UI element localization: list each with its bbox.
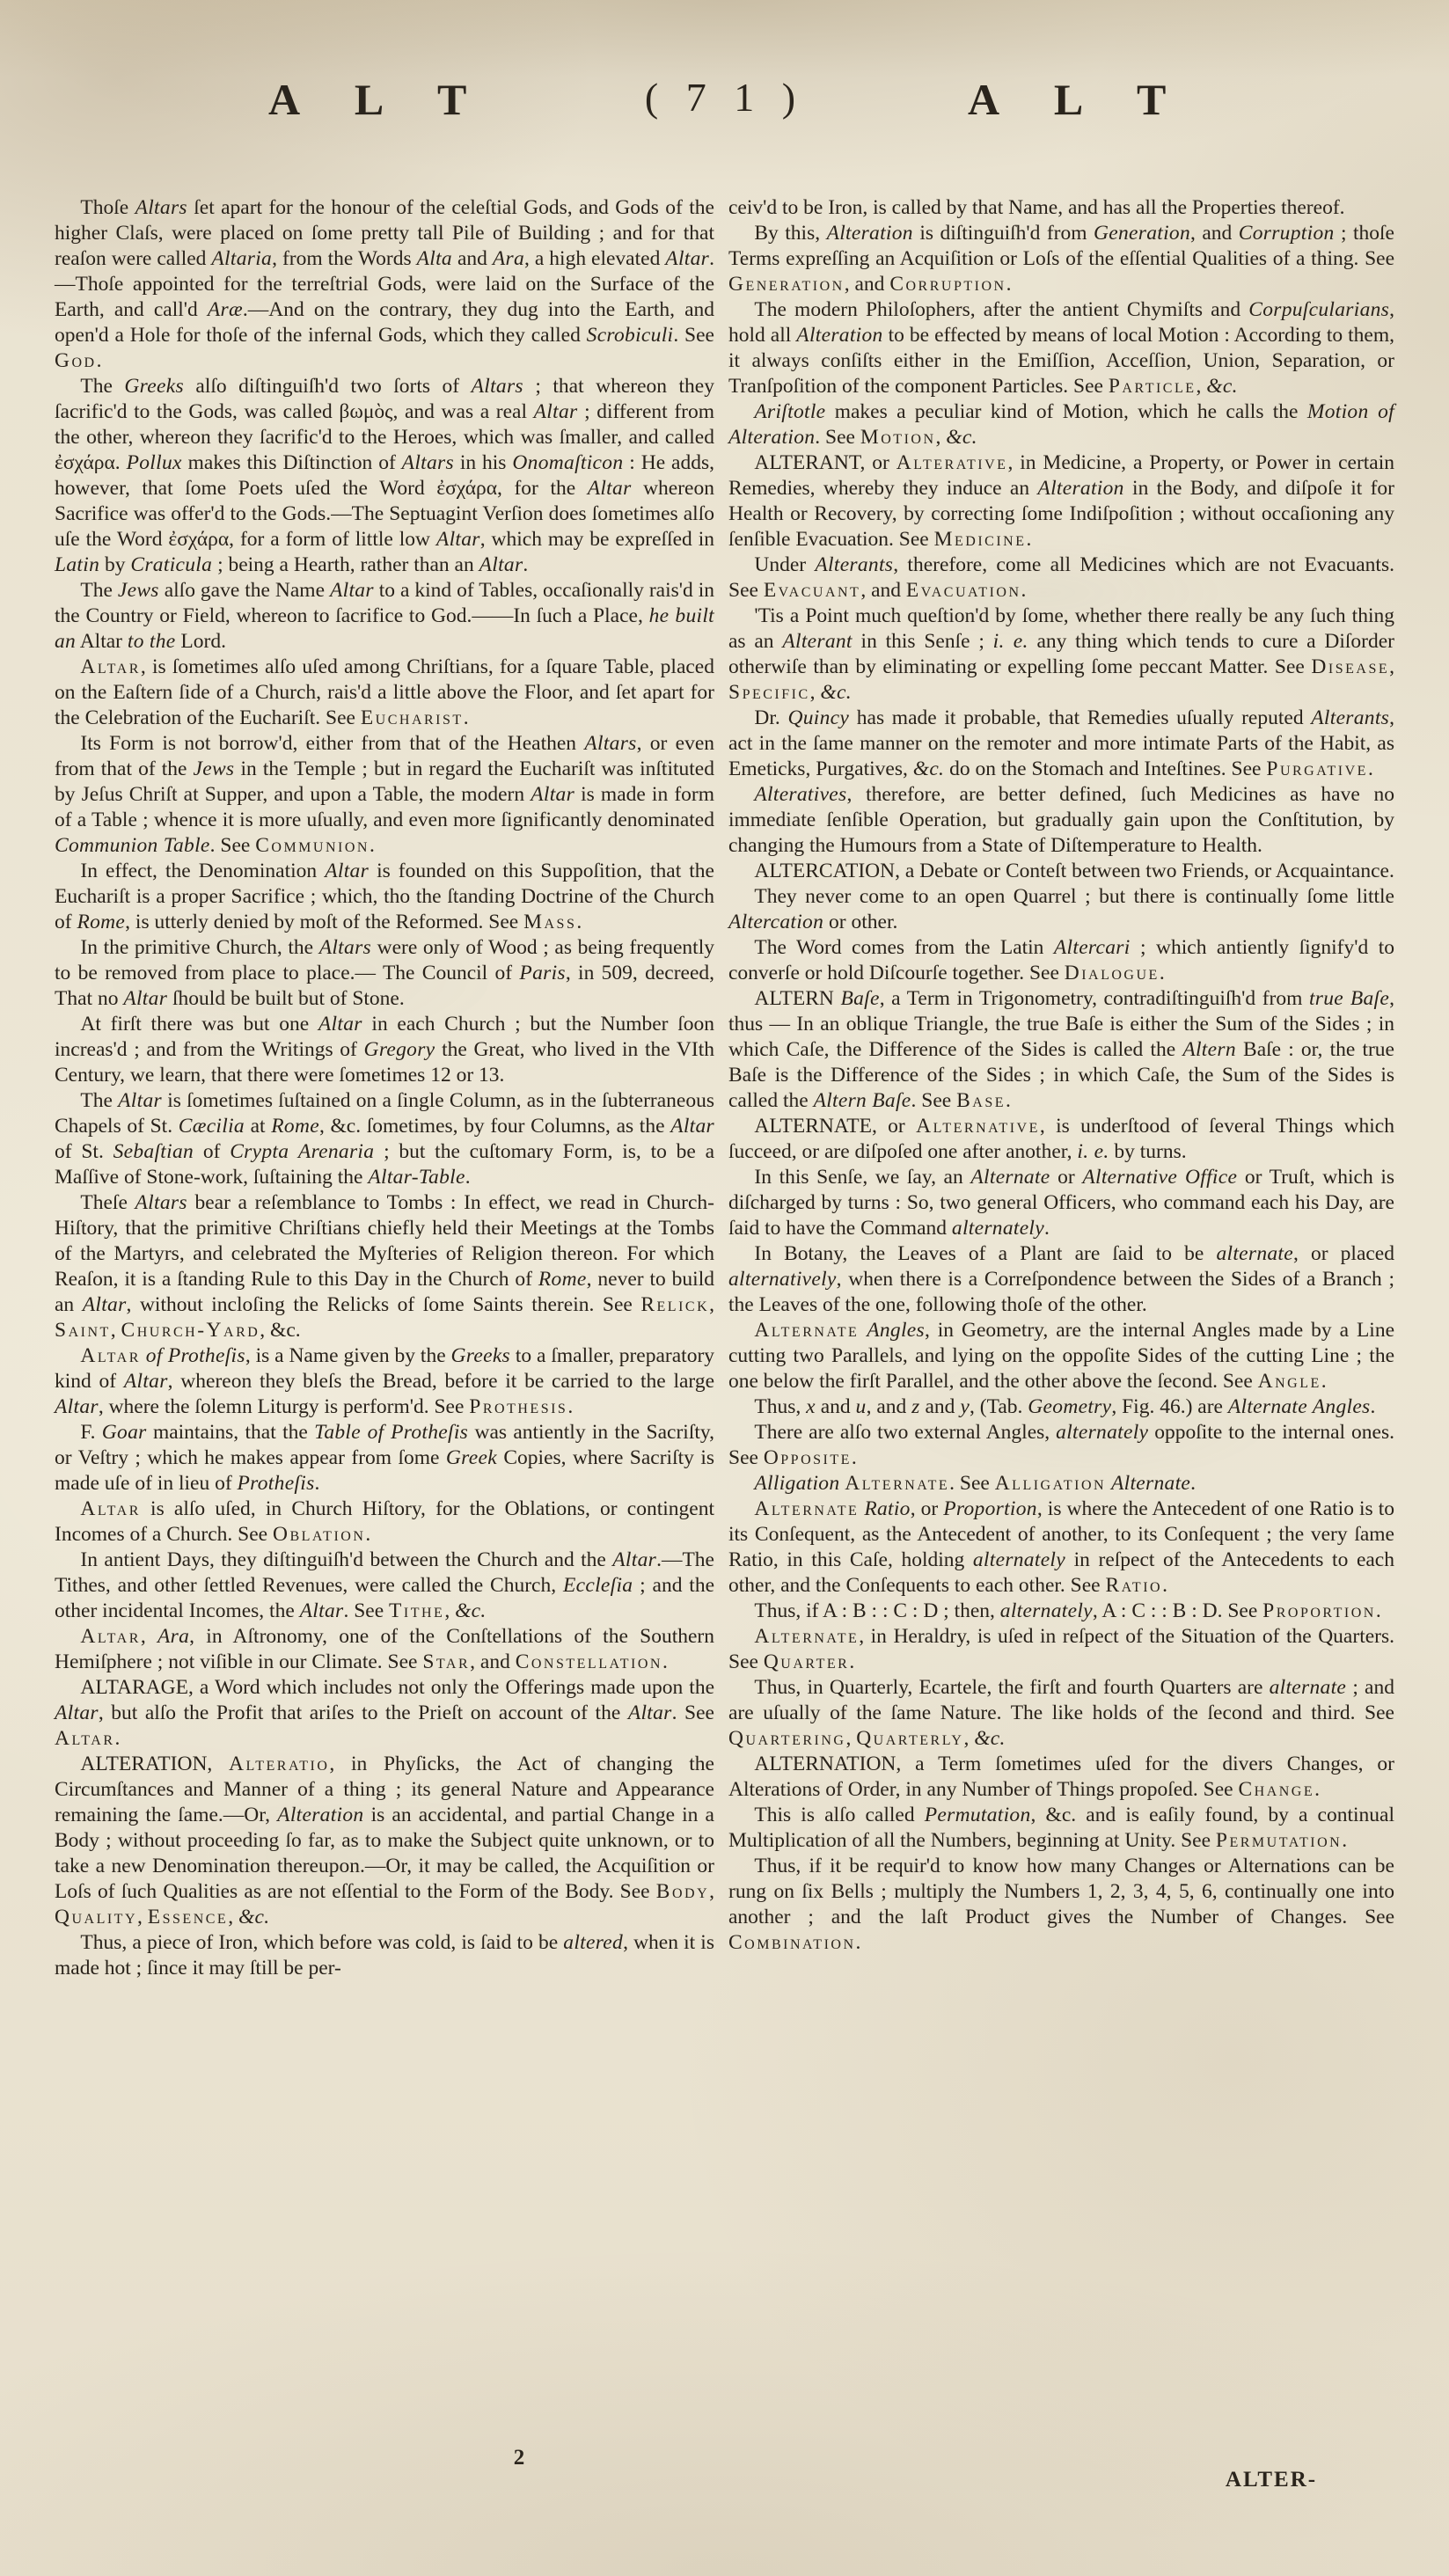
cross-reference: Alternate: [845, 1472, 949, 1495]
paragraph: 'Tis a Point much queſtion'd by ſome, wh…: [728, 604, 1394, 706]
cross-reference: Alternative: [916, 1115, 1040, 1138]
cross-reference: Altar: [55, 1727, 115, 1750]
cross-reference: Evacuant: [764, 579, 861, 602]
paragraph: Thus, a piece of Iron, which before was …: [55, 1930, 714, 1981]
paragraph: Theſe Altars bear a reſemblance to Tombs…: [55, 1190, 714, 1343]
cross-reference: Constellation: [516, 1650, 662, 1673]
running-title-left: A L T: [268, 74, 489, 125]
paragraph: The Greeks alſo diſtinguiſh'd two ſorts …: [55, 374, 714, 578]
paragraph: Alternate, in Heraldry, is uſed in reſpe…: [728, 1624, 1394, 1675]
cross-reference: Generation: [728, 273, 845, 296]
paragraph: ALTERN Baſe, a Term in Trigonometry, con…: [728, 986, 1394, 1114]
cross-reference: Medicine: [934, 528, 1027, 551]
cross-reference: Quarter: [764, 1650, 850, 1673]
cross-reference: Base: [956, 1089, 1006, 1112]
cross-reference: Essence: [148, 1906, 228, 1928]
cross-reference: Communion: [255, 834, 370, 857]
paragraph: Altar is alſo uſed, in Church Hiſtory, f…: [55, 1497, 714, 1548]
cross-reference: Alterative: [896, 451, 1008, 474]
scanned-encyclopedia-page: { "header": { "left_title": "A L T", "pa…: [0, 0, 1449, 2576]
paragraph: Alternate Ratio, or Proportion, is where…: [728, 1497, 1394, 1599]
paragraph: In this Senſe, we ſay, an Alternate or A…: [728, 1165, 1394, 1241]
paragraph: In effect, the Denomination Altar is fou…: [55, 859, 714, 935]
paragraph: Alternate Angles, in Geometry, are the i…: [728, 1318, 1394, 1394]
page: A L T ( 7 1 ) A L T Thoſe Altars ſet apa…: [0, 0, 1449, 2576]
paragraph: The Word comes from the Latin Altercari …: [728, 935, 1394, 986]
cross-reference: Opposite: [764, 1446, 852, 1469]
cross-reference: Oblation: [273, 1523, 365, 1546]
paragraph: Thoſe Altars ſet apart for the honour of…: [55, 195, 714, 374]
cross-reference: Evacuation: [906, 579, 1021, 602]
cross-reference: God: [55, 349, 97, 372]
paragraph: In antient Days, they diſtinguiſh'd betw…: [55, 1548, 714, 1624]
cross-reference: Quality: [55, 1906, 137, 1928]
cross-reference: Body: [656, 1880, 709, 1903]
paragraph: F. Goar maintains, that the Table of Pro…: [55, 1420, 714, 1497]
paragraph: The Jews alſo gave the Name Altar to a k…: [55, 578, 714, 655]
paragraph: Ariſtotle makes a peculiar kind of Motio…: [728, 399, 1394, 450]
cross-reference: Disease: [1311, 655, 1389, 678]
paragraph: The modern Philoſophers, after the antie…: [728, 297, 1394, 399]
paragraph: Altar, is ſometimes alſo uſed among Chri…: [55, 655, 714, 731]
cross-reference: Ratio: [1105, 1574, 1162, 1597]
cross-reference: Purgative: [1266, 757, 1368, 780]
paragraph: In Botany, the Leaves of a Plant are ſai…: [728, 1241, 1394, 1318]
cross-reference: Tithe: [389, 1599, 444, 1622]
cross-reference: Permutation: [1216, 1829, 1342, 1852]
cross-reference: Alternate: [754, 1625, 859, 1648]
paragraph: Altar of Protheſis, is a Name given by t…: [55, 1343, 714, 1420]
cross-reference: Star: [422, 1650, 470, 1673]
cross-reference: Particle: [1109, 375, 1197, 398]
paragraph: Thus, if it be requir'd to know how many…: [728, 1854, 1394, 1956]
paragraph: ALTERNATION, a Term ſometimes uſed for t…: [728, 1752, 1394, 1803]
cross-reference: Angle: [1258, 1370, 1321, 1393]
paragraph: Under Alterants, therefore, come all Med…: [728, 553, 1394, 604]
paragraph: ALTERCATION, a Debate or Conteſt between…: [728, 859, 1394, 884]
paragraph: In the primitive Church, the Altars were…: [55, 935, 714, 1012]
paragraph: Thus, x and u, and z and y, (Tab. Geomet…: [728, 1394, 1394, 1420]
cross-reference: Alteratio: [229, 1753, 329, 1775]
cross-reference: Prothesis: [469, 1395, 567, 1418]
paragraph: ceiv'd to be Iron, is called by that Nam…: [728, 195, 1394, 221]
signature-mark: 2: [493, 2446, 545, 2470]
cross-reference: Motion: [860, 426, 936, 449]
catchword: ALTER-: [1197, 2468, 1346, 2492]
cross-reference: Dialogue: [1065, 962, 1160, 984]
cross-reference: Mass: [523, 911, 576, 933]
paragraph: Alteratives, therefore, are better defin…: [728, 782, 1394, 859]
cross-reference: Altar: [80, 1344, 141, 1367]
cross-reference: Specific: [728, 681, 810, 704]
cross-reference: Corruption: [889, 273, 1006, 296]
paragraph: Thus, if A : B : : C : D ; then, alterna…: [728, 1599, 1394, 1624]
cross-reference: Alternate: [754, 1497, 859, 1520]
cross-reference: Combination: [728, 1931, 856, 1954]
paragraph: By this, Alteration is diſtinguiſh'd fro…: [728, 221, 1394, 297]
cross-reference: Alligation: [995, 1472, 1106, 1495]
cross-reference: Change: [1238, 1778, 1314, 1801]
right-column: ceiv'd to be Iron, is called by that Nam…: [728, 195, 1394, 1956]
running-head: A L T ( 7 1 ) A L T: [0, 74, 1449, 144]
cross-reference: Eucharist: [361, 706, 464, 729]
paragraph: ALTARAGE, a Word which includes not only…: [55, 1675, 714, 1752]
paragraph: They never come to an open Quarrel ; but…: [728, 884, 1394, 935]
paragraph: ALTERNATE, or Alternative, is underſtood…: [728, 1114, 1394, 1165]
cross-reference: Quarterly: [856, 1727, 963, 1750]
paragraph: Dr. Quincy has made it probable, that Re…: [728, 706, 1394, 782]
cross-reference: Alternate: [754, 1319, 859, 1342]
cross-reference: Quartering: [728, 1727, 845, 1750]
paragraph: ALTERATION, Alteratio, in Phyſicks, the …: [55, 1752, 714, 1930]
running-title-right: A L T: [968, 74, 1189, 125]
cross-reference: Altar: [80, 1497, 141, 1520]
page-number: ( 7 1 ): [645, 74, 804, 121]
cross-reference: Church-Yard: [121, 1319, 260, 1342]
paragraph: The Altar is ſometimes ſuſtained on a ſi…: [55, 1088, 714, 1190]
cross-reference: Relick: [640, 1293, 709, 1316]
paragraph: There are alſo two external Angles, alte…: [728, 1420, 1394, 1471]
paragraph: Alligation Alternate. See Alligation Alt…: [728, 1471, 1394, 1497]
paragraph: At firſt there was but one Altar in each…: [55, 1012, 714, 1088]
paragraph: ALTERANT, or Alterative, in Medicine, a …: [728, 450, 1394, 553]
paragraph: Altar, Ara, in Aſtronomy, one of the Con…: [55, 1624, 714, 1675]
cross-reference: Altar: [80, 1625, 141, 1648]
paragraph: This is alſo called Permutation, &c. and…: [728, 1803, 1394, 1854]
cross-reference: Proportion: [1262, 1599, 1376, 1622]
cross-reference: Altar: [80, 655, 141, 678]
paragraph: Thus, in Quarterly, Ecartele, the firſt …: [728, 1675, 1394, 1752]
paragraph: Its Form is not borrow'd, either from th…: [55, 731, 714, 859]
left-column: Thoſe Altars ſet apart for the honour of…: [55, 195, 714, 1981]
cross-reference: Saint: [55, 1319, 111, 1342]
